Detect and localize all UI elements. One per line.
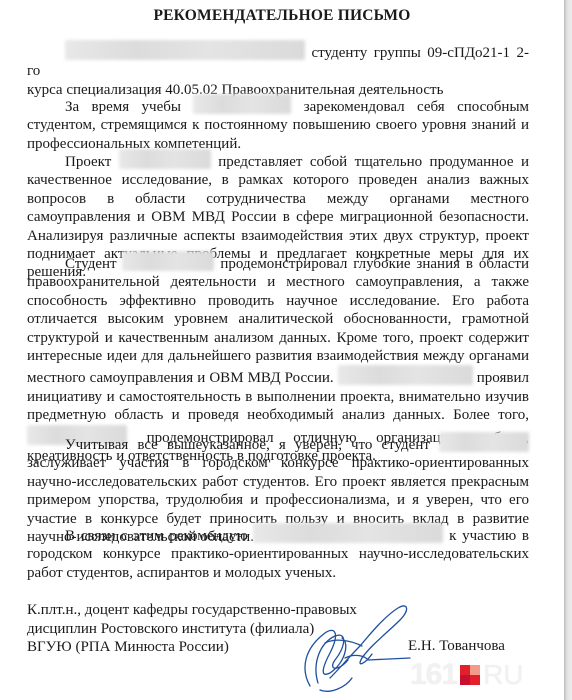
paragraph-text: Студент xyxy=(65,256,117,272)
redacted-name xyxy=(253,523,443,543)
redacted-name xyxy=(122,251,214,271)
redacted-name xyxy=(439,432,529,452)
watermark-logo-icon xyxy=(460,665,480,685)
watermark-161ru: 161 RU xyxy=(410,660,524,690)
redacted-name xyxy=(338,365,473,385)
paragraph-5: В связи с этим рекомендую к участию в го… xyxy=(27,523,529,582)
watermark-number: 161 xyxy=(410,658,457,692)
signer-name: Е.Н. Тованчова xyxy=(408,638,505,655)
document-title: РЕКОМЕНДАТЕЛЬНОЕ ПИСЬМО xyxy=(0,7,564,25)
paragraph-text: Учитывая все вышеуказанное, я уверен, чт… xyxy=(65,437,430,453)
letter-page: РЕКОМЕНДАТЕЛЬНОЕ ПИСЬМО студенту группы … xyxy=(0,0,564,700)
paragraph-1: За время учебы зарекомендовал себя спосо… xyxy=(27,94,529,153)
paragraph-text: Проект xyxy=(65,154,111,170)
addressee-block: студенту группы 09-сПДо21-1 2-го курса с… xyxy=(27,40,529,99)
paragraph-text: В связи с этим рекомендую xyxy=(65,528,248,544)
handwritten-signature-icon xyxy=(290,598,420,698)
redacted-project-name xyxy=(119,149,211,169)
page-edge-scrollbar[interactable] xyxy=(564,0,572,700)
redacted-name xyxy=(193,94,291,114)
watermark-suffix: RU xyxy=(483,659,523,691)
paragraph-text: За время учебы xyxy=(65,99,181,115)
redacted-student-name xyxy=(65,40,305,60)
